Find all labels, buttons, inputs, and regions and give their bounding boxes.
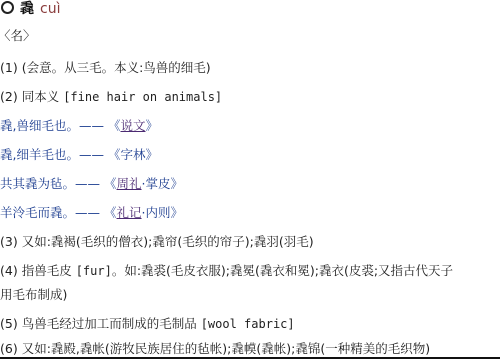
circle-icon	[1, 1, 14, 14]
book-bracket-close: 》	[171, 176, 184, 191]
definition-2: (2) 同本义 [fine hair on animals]	[0, 89, 222, 105]
english-gloss: [fur]	[76, 264, 112, 278]
book-bracket-close: 》	[146, 147, 159, 162]
entry-header: 毳cuì	[0, 1, 60, 17]
citation-quote: 共其毳为毡。——	[0, 176, 100, 191]
pinyin: cuì	[40, 1, 60, 17]
citation-quote: 毳,细羊毛也。——	[0, 147, 104, 162]
bottom-divider	[0, 357, 500, 359]
english-gloss: [fine hair on animals]	[63, 90, 222, 104]
book-bracket-open: 《	[104, 176, 117, 191]
citation-3: 共其毳为毡。—— 《周礼·掌皮》	[0, 176, 183, 192]
headword: 毳	[20, 1, 34, 17]
definition-text: 指兽毛皮	[22, 263, 72, 278]
citation-link-liji[interactable]: 礼记	[117, 205, 142, 220]
definition-5: (5) 鸟兽毛经过加工而制成的毛制品 [wool fabric]	[0, 316, 295, 332]
definition-number: (5)	[0, 316, 18, 331]
definition-number: (2)	[0, 89, 18, 104]
definition-text: (会意。从三毛。本义:鸟兽的细毛)	[22, 60, 211, 75]
book-bracket-close: 》	[171, 205, 184, 220]
citation-4: 羊泠毛而毳。—— 《礼记·内则》	[0, 205, 183, 221]
citation-chapter: ·内则	[142, 205, 171, 220]
definition-text-cont: 。如:毳裘(毛皮衣服);毳冕(毳衣和冕);毳衣(皮裘;又指古代天子	[112, 263, 453, 278]
definition-4: (4) 指兽毛皮 [fur]。如:毳裘(毛皮衣服);毳冕(毳衣和冕);毳衣(皮裘…	[0, 263, 453, 279]
english-gloss: [wool fabric]	[201, 317, 295, 331]
book-bracket-open: 《	[108, 147, 121, 162]
definition-4-continuation: 用毛布制成)	[0, 287, 67, 303]
definition-6: (6) 又如:毳殿,毳帐(游牧民族居住的毡帐);毳幙(毳帐);毳锦(一种精美的毛…	[0, 341, 430, 357]
definition-number: (4)	[0, 263, 18, 278]
definition-3: (3) 又如:毳褐(毛织的僧衣);毳帘(毛织的帘子);毳羽(羽毛)	[0, 234, 314, 250]
book-bracket-open: 《	[108, 118, 121, 133]
citation-2: 毳,细羊毛也。—— 《字林》	[0, 147, 158, 163]
part-of-speech: 〈名〉	[0, 28, 36, 44]
definition-number: (3)	[0, 234, 18, 249]
citation-1: 毳,兽细毛也。—— 《说文》	[0, 118, 158, 134]
citation-quote: 毳,兽细毛也。——	[0, 118, 104, 133]
citation-source: 字林	[120, 147, 145, 162]
book-bracket-open: 《	[104, 205, 117, 220]
definition-number: (6)	[0, 341, 18, 356]
definition-text: 又如:毳褐(毛织的僧衣);毳帘(毛织的帘子);毳羽(羽毛)	[22, 234, 314, 249]
citation-link-shuowen[interactable]: 说文	[120, 118, 145, 133]
book-bracket-close: 》	[146, 118, 159, 133]
citation-link-zhouli[interactable]: 周礼	[117, 176, 142, 191]
definition-1: (1) (会意。从三毛。本义:鸟兽的细毛)	[0, 60, 211, 76]
definition-text: 鸟兽毛经过加工而制成的毛制品	[22, 316, 197, 331]
definition-text: 又如:毳殿,毳帐(游牧民族居住的毡帐);毳幙(毳帐);毳锦(一种精美的毛织物)	[22, 341, 430, 356]
definition-number: (1)	[0, 60, 18, 75]
definition-text: 同本义	[22, 89, 60, 104]
citation-chapter: ·掌皮	[142, 176, 171, 191]
citation-quote: 羊泠毛而毳。——	[0, 205, 100, 220]
